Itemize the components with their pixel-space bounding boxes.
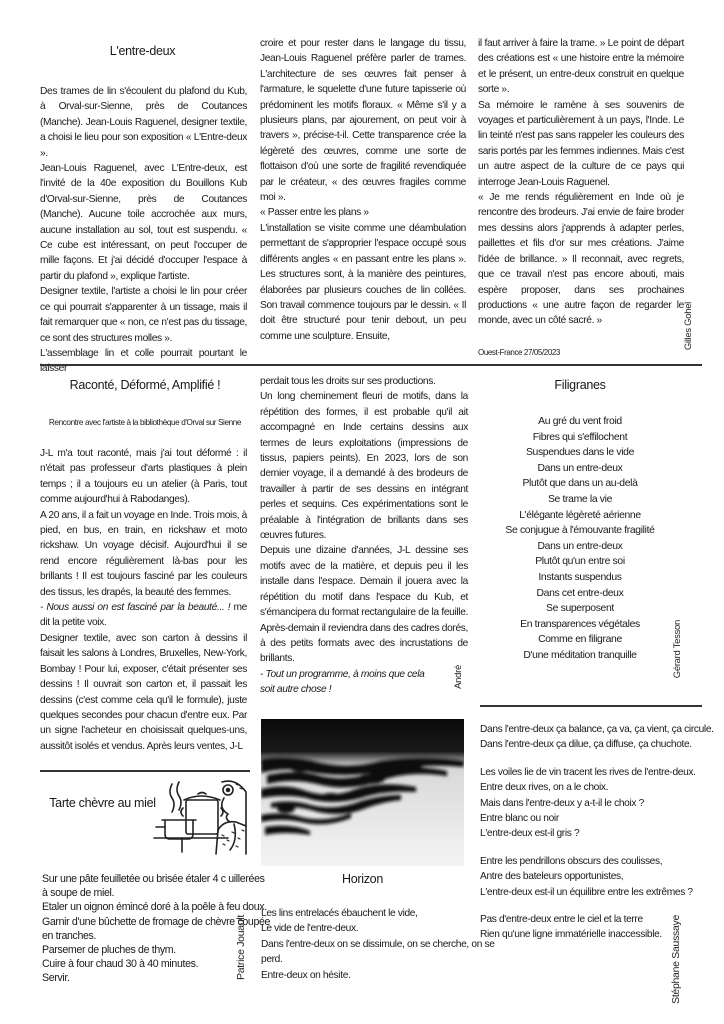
paragraph: J-L m'a tout raconté, mais j'ai tout déf… xyxy=(40,446,247,508)
poem-line: L'entre-deux est-il un équilibre entre l… xyxy=(480,885,680,900)
poem-line: Fibres qui s'effilochent xyxy=(480,430,680,446)
paragraph: Sa mémoire le ramène à ses souvenirs de … xyxy=(478,98,684,190)
recipe-line: en tranches. xyxy=(42,929,247,943)
italic-quote: - Tout un programme, à moins que cela so… xyxy=(260,669,424,695)
article1-column-3: il faut arriver à faire la trame. » Le p… xyxy=(478,36,684,329)
article-title: Raconté, Déformé, Amplifié ! xyxy=(40,378,250,392)
recipe-line: Servir. xyxy=(42,971,247,985)
poem-line: Se conjugue à l'émouvante fragilité xyxy=(480,523,680,539)
paragraph: A 20 ans, il a fait un voyage en Inde. T… xyxy=(40,508,247,600)
poem-line: Les voiles lie de vin tracent les rives … xyxy=(480,765,680,780)
paragraph: perdait tous les droits sur ses producti… xyxy=(260,374,468,389)
poem-title: Filigranes xyxy=(480,378,680,392)
paragraph: Un long cheminement fleuri de motifs, da… xyxy=(260,389,468,543)
poem-line: Dans l'entre-deux ça dilue, ça diffuse, … xyxy=(480,737,680,752)
poem-line: Plutôt qu'un entre soi xyxy=(480,554,680,570)
source-credit: Ouest-France 27/05/2023 xyxy=(478,348,560,357)
article-title: L'entre-deux xyxy=(40,44,245,58)
linen-horizon-photo xyxy=(261,719,464,866)
poem-line: Instants suspendus xyxy=(480,570,680,586)
poem-line: L'élégante légèreté aérienne xyxy=(480,508,680,524)
recipe-line: à soupe de miel. xyxy=(42,886,247,900)
horizon-poem: Les lins entrelacés ébauchent le vide, L… xyxy=(261,906,469,983)
paragraph: Designer textile, l'artiste a choisi le … xyxy=(40,284,247,346)
poem-line: Le vide de l'entre-deux. xyxy=(261,921,469,936)
poem-line: Suspendues dans le vide xyxy=(480,445,680,461)
subheading: « Passer entre les plans » xyxy=(260,205,466,220)
recipe-title: Tarte chèvre au miel xyxy=(40,796,165,810)
poem-line: Dans l'entre-deux ça balance, ça va, ça … xyxy=(480,722,680,737)
poem-line: Se trame la vie xyxy=(480,492,680,508)
recipe-line: Garnir d'une bûchette de fromage de chèv… xyxy=(42,915,247,929)
stanza-gap xyxy=(480,753,680,765)
recipe-line: Parsemer de pluches de thym. xyxy=(42,943,247,957)
poem-line: Plutôt que dans un au-delà xyxy=(480,476,680,492)
paragraph: il faut arriver à faire la trame. » Le p… xyxy=(478,36,684,98)
recipe-instructions: Sur une pâte feuilletée ou brisée étaler… xyxy=(42,872,247,986)
paragraph: L'installation se visite comme une déamb… xyxy=(260,221,466,344)
poem-line: D'une méditation tranquille xyxy=(480,648,680,664)
poem-line: Dans cet entre-deux xyxy=(480,586,680,602)
article2-column-1: J-L m'a tout raconté, mais j'ai tout déf… xyxy=(40,446,247,754)
poem-line: Rien qu'une ligne immatérielle inaccessi… xyxy=(480,927,680,942)
italic-quote: - Nous aussi on est fasciné par la beaut… xyxy=(40,602,230,613)
article-subtitle: Rencontre avec l'artiste à la bibliothèq… xyxy=(40,418,250,427)
poem-line: L'entre-deux est-il gris ? xyxy=(480,826,680,841)
poem-title: Horizon xyxy=(261,872,464,886)
recipe-line: Cuire à four chaud 30 à 40 minutes. xyxy=(42,957,247,971)
paragraph: Depuis une dizaine d'années, J-L dessine… xyxy=(260,543,468,666)
poem-line: Dans l'entre-deux on se dissimule, on se… xyxy=(261,937,469,952)
poem-line: perd. xyxy=(261,952,469,967)
poem-line: Entre deux rives, on a le choix. xyxy=(480,780,680,795)
signature: Gérard Tesson xyxy=(672,620,683,678)
poem-line: Au gré du vent froid xyxy=(480,414,680,430)
poem-filigranes: Au gré du vent froid Fibres qui s'effilo… xyxy=(480,414,680,664)
poem-line: Antre des bateleurs opportunistes, xyxy=(480,869,680,884)
stanza-gap xyxy=(480,900,680,912)
divider xyxy=(40,364,702,366)
paragraph: croire et pour rester dans le langage du… xyxy=(260,36,466,205)
closing-quote: - Tout un programme, à moins que cela so… xyxy=(260,667,468,698)
paragraph: « Je me rends régulièrement en Inde où j… xyxy=(478,190,684,329)
recipe-line: Etaler un oignon émincé doré à la poêle … xyxy=(42,900,247,914)
poem-line: Entre-deux on hésite. xyxy=(261,968,469,983)
divider xyxy=(40,770,250,772)
paragraph: Jean-Louis Raguenel, avec L'Entre-deux, … xyxy=(40,161,247,284)
article2-column-2: perdait tous les droits sur ses producti… xyxy=(260,374,468,698)
poem-line: En transparences végétales xyxy=(480,617,680,633)
quote: - Nous aussi on est fasciné par la beaut… xyxy=(40,600,247,631)
signature: Patrice Jouault xyxy=(235,915,247,980)
poem-line: Se superposent xyxy=(480,601,680,617)
newsletter-page: L'entre-deux Des trames de lin s'écoulen… xyxy=(0,0,724,1024)
poem-line: Mais dans l'entre-deux y a-t-il le choix… xyxy=(480,796,680,811)
article1-column-2: croire et pour rester dans le langage du… xyxy=(260,36,466,344)
paragraph: Des trames de lin s'écoulent du plafond … xyxy=(40,84,247,161)
divider xyxy=(480,705,702,707)
poem-line: Comme en filigrane xyxy=(480,632,680,648)
paragraph: L'assemblage lin et colle pourrait pourt… xyxy=(40,346,247,377)
signature: André xyxy=(453,665,464,689)
recipe-line: Sur une pâte feuilletée ou brisée étaler… xyxy=(42,872,247,886)
poem-line: Les lins entrelacés ébauchent le vide, xyxy=(261,906,469,921)
paragraph: Designer textile, avec son carton à dess… xyxy=(40,631,247,754)
poem-line: Dans un entre-deux xyxy=(480,461,680,477)
poem-line: Pas d'entre-deux entre le ciel et la ter… xyxy=(480,912,680,927)
poem-line: Dans un entre-deux xyxy=(480,539,680,555)
stanza-gap xyxy=(480,842,680,854)
cooking-cartoon-illustration xyxy=(152,780,250,855)
signature: Gilles Gohel xyxy=(683,302,694,350)
entre-deux-poem: Dans l'entre-deux ça balance, ça va, ça … xyxy=(480,722,680,943)
signature: Stéphane Saussaye xyxy=(670,915,682,1004)
article1-column-1: Des trames de lin s'écoulent du plafond … xyxy=(40,84,247,377)
poem-line: Entre blanc ou noir xyxy=(480,811,680,826)
poem-line: Entre les pendrillons obscurs des coulis… xyxy=(480,854,680,869)
